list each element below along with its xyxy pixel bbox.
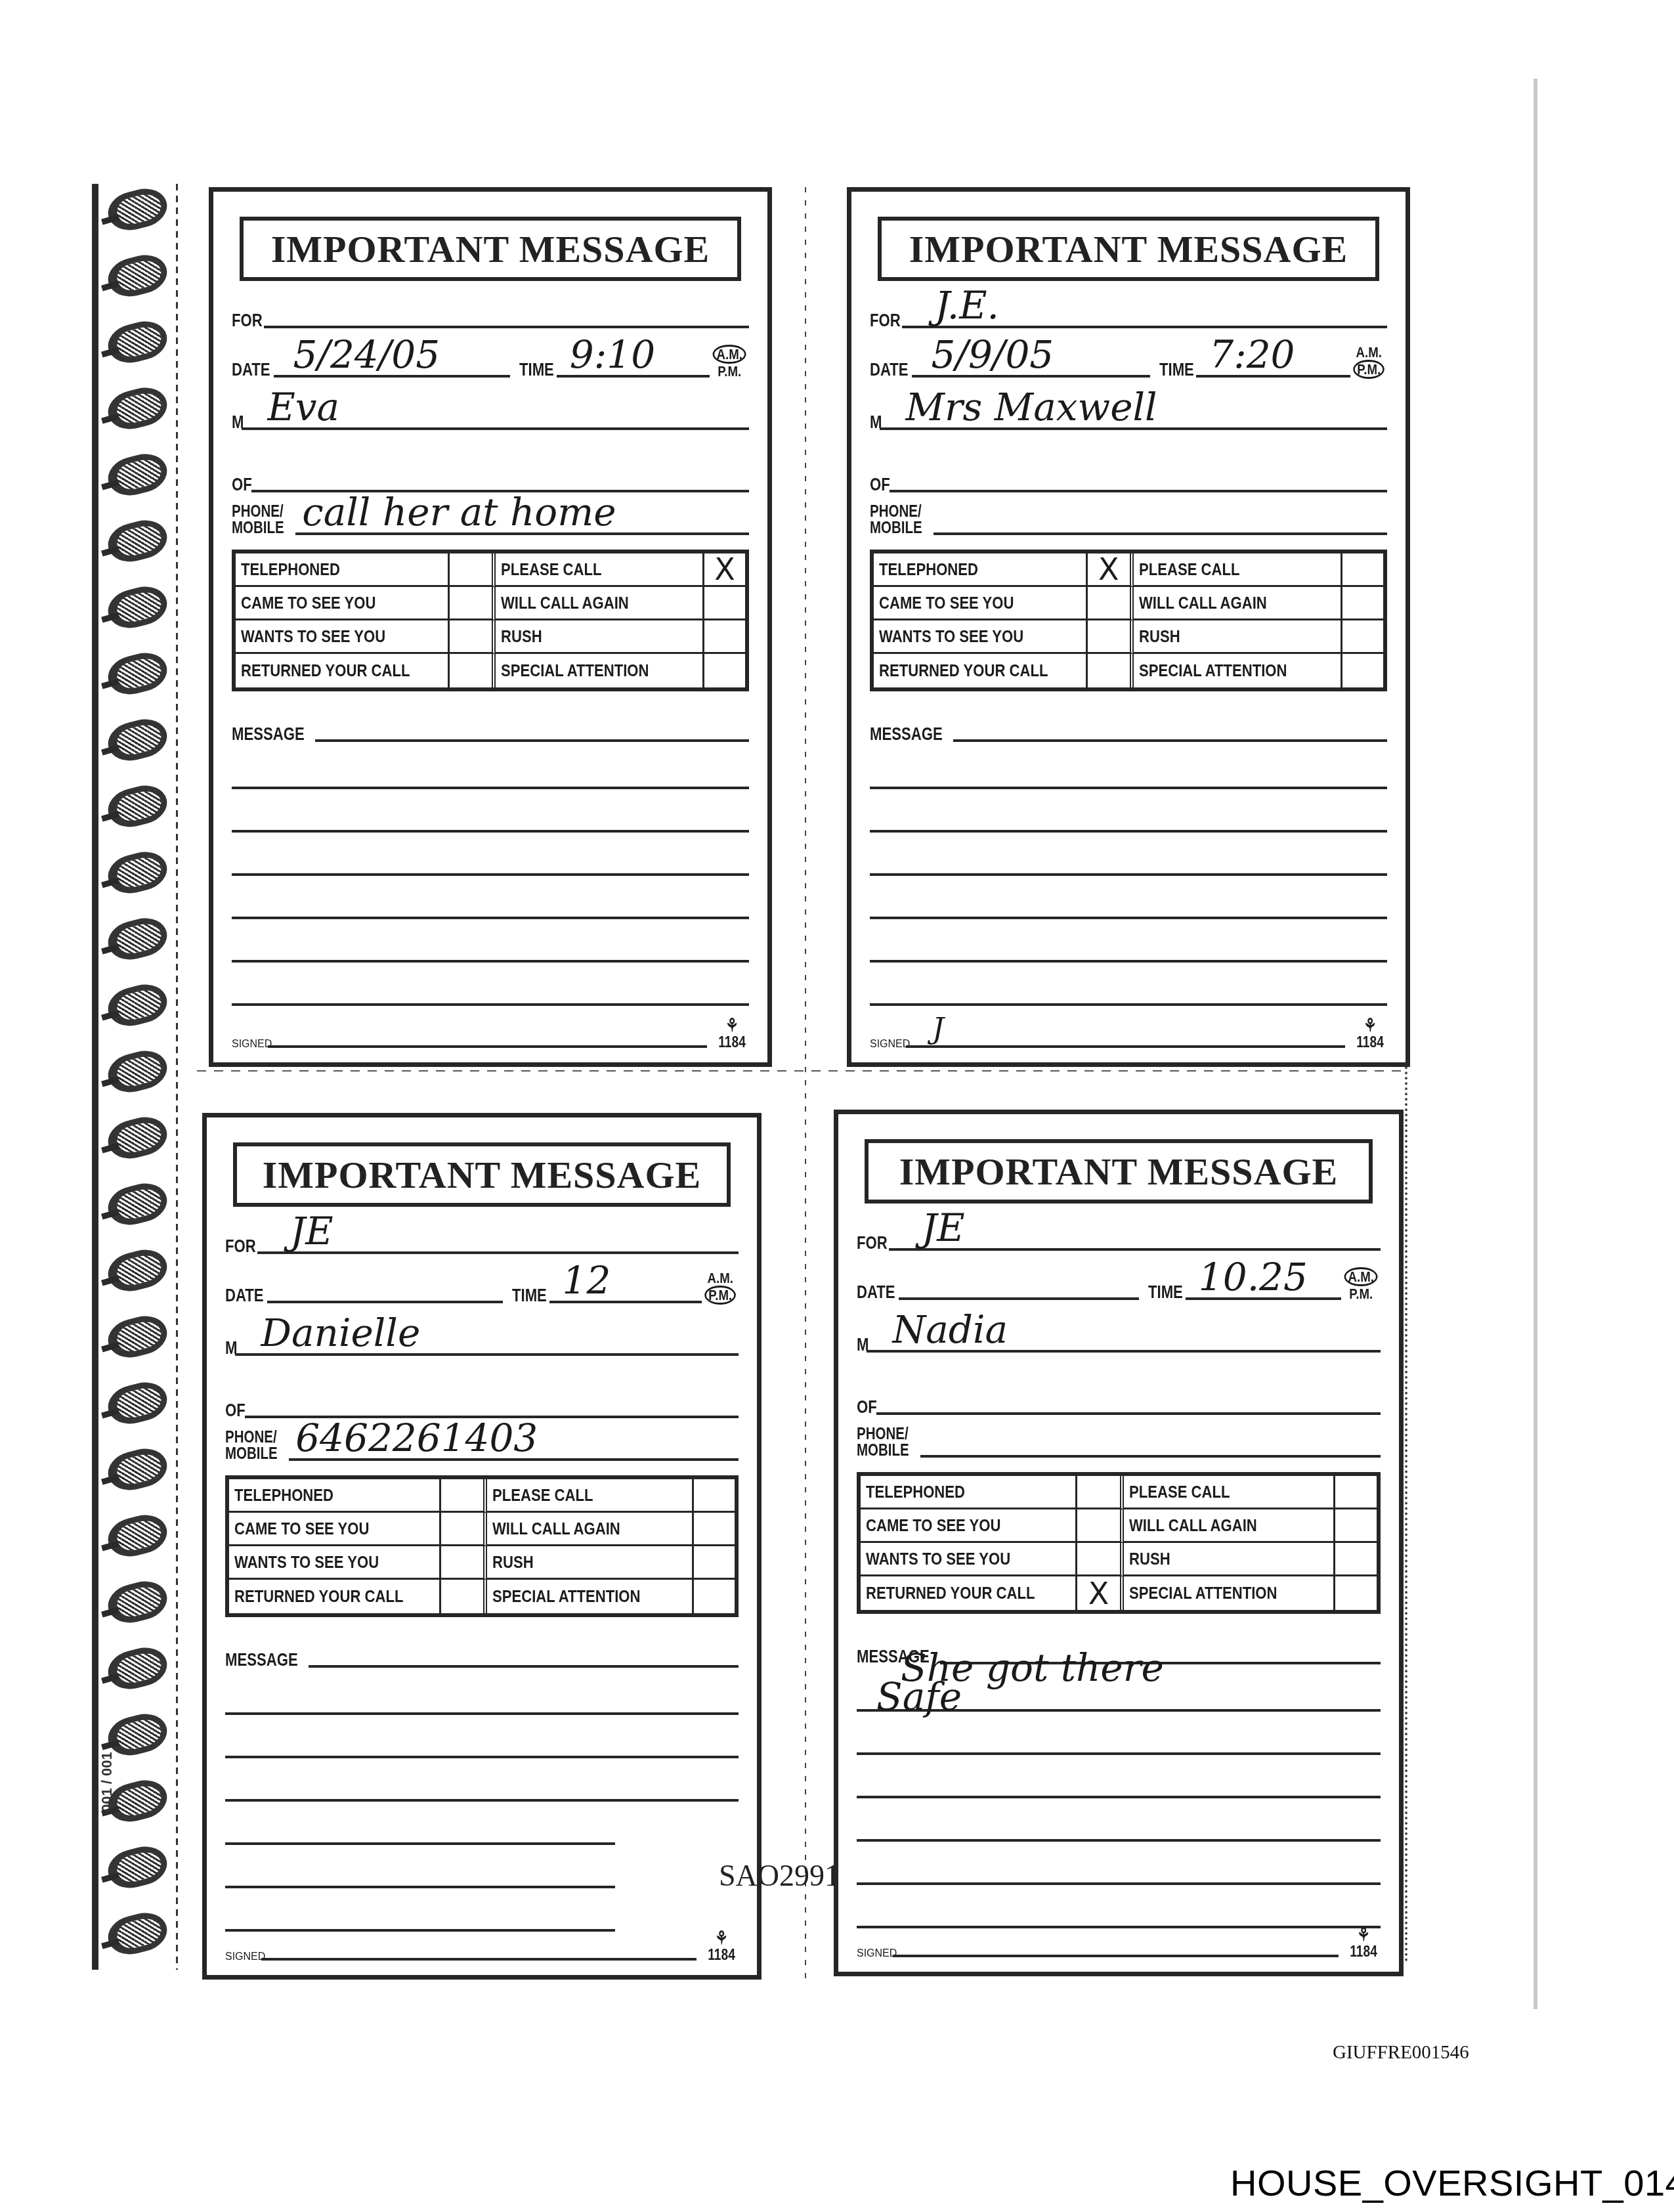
house-oversight-bates-number: HOUSE_OVERSIGHT_014260 [1230, 2161, 1674, 2204]
phone-label-line2: MOBILE [232, 520, 284, 536]
checkbox-returned-your-call[interactable] [1088, 654, 1134, 687]
option-label: TELEPHONED [879, 559, 978, 580]
for-field-label: FOR [232, 312, 263, 330]
checkbox-will-call-again[interactable] [704, 587, 745, 620]
phone-line[interactable] [920, 1455, 1381, 1458]
date-label: DATE [870, 361, 909, 379]
message-line-1[interactable] [232, 787, 749, 789]
date-field[interactable]: 5/9/05 [912, 375, 1150, 378]
option-label: WILL CALL AGAIN [1129, 1515, 1257, 1536]
option-label: RUSH [1129, 1549, 1170, 1569]
option-please-call: PLEASE CALL [1124, 1476, 1335, 1509]
phone-label-line1: PHONE/ [857, 1426, 909, 1442]
option-please-call: PLEASE CALL [496, 553, 704, 587]
option-label: RUSH [492, 1552, 534, 1572]
time-field[interactable]: 12 [549, 1301, 702, 1303]
form-number-text: 1184 [1350, 1943, 1377, 1961]
spiral-coil-icon [104, 1643, 171, 1694]
slip-title: IMPORTANT MESSAGE [263, 1153, 702, 1197]
of-field-label: OF [857, 1399, 877, 1416]
of-field[interactable]: OF [225, 1380, 739, 1420]
date-label: DATE [857, 1284, 895, 1301]
message-line-0[interactable]: She got there [940, 1662, 1381, 1664]
date-time-row: DATETIME12A.M.P.M. [225, 1265, 739, 1305]
date-value: 5/24/05 [293, 336, 440, 374]
message-header: MESSAGE [225, 1630, 739, 1669]
checkbox-special-attention[interactable] [694, 1580, 735, 1613]
of-field[interactable]: OF [870, 454, 1387, 494]
option-label: CAME TO SEE YOU [879, 593, 1014, 613]
date-field[interactable] [899, 1297, 1140, 1300]
option-will-call-again: WILL CALL AGAIN [496, 587, 704, 620]
checkbox-special-attention[interactable] [1342, 654, 1383, 687]
spiral-coil-icon [104, 847, 171, 898]
message-line-2[interactable] [225, 1756, 739, 1758]
form-number: ⚘1184 [718, 1016, 746, 1051]
giuffre-bates-number: GIUFFRE001546 [1333, 2042, 1469, 2064]
signed-field[interactable]: SIGNED⚘1184 [232, 1014, 749, 1051]
spiral-coil-icon [104, 383, 171, 434]
option-returned-your-call: RETURNED YOUR CALL [236, 654, 450, 687]
slip-title-box: IMPORTANT MESSAGE [240, 217, 741, 281]
spiral-coil-icon [104, 316, 171, 368]
spiral-coil-icon [104, 582, 171, 633]
checkbox-please-call[interactable] [1342, 553, 1383, 587]
option-will-call-again: WILL CALL AGAIN [1124, 1509, 1335, 1543]
phone-value: call her at home [302, 493, 616, 531]
status-checkbox-grid: TELEPHONEDPLEASE CALLCAME TO SEE YOUWILL… [225, 1475, 739, 1617]
checkbox-returned-your-call[interactable] [441, 1580, 486, 1613]
caller-name-field-line[interactable]: Eva [242, 427, 750, 430]
message-label: MESSAGE [225, 1651, 298, 1669]
phone-line[interactable]: call her at home [295, 532, 749, 535]
message-line-0[interactable] [315, 739, 749, 742]
form-number-text: 1184 [708, 1946, 735, 1964]
caller-name-field-line[interactable]: Mrs Maxwell [880, 427, 1388, 430]
status-checkbox-grid: TELEPHONEDPLEASE CALLCAME TO SEE YOUWILL… [857, 1472, 1381, 1614]
spiral-coil-icon [104, 714, 171, 766]
message-label: MESSAGE [870, 726, 943, 743]
option-rush: RUSH [1124, 1543, 1335, 1576]
time-label: TIME [512, 1287, 547, 1305]
spiral-coil-icon [104, 1377, 171, 1429]
message-area[interactable]: MESSAGE [225, 1630, 739, 1912]
option-wants-to-see-you: WANTS TO SEE YOU [874, 620, 1088, 654]
option-returned-your-call: RETURNED YOUR CALL [229, 1580, 441, 1613]
phone-label-line2: MOBILE [225, 1446, 278, 1462]
message-header: MESSAGEShe got there [857, 1626, 1381, 1666]
option-rush: RUSH [487, 1546, 695, 1580]
spiral-coil-icon [104, 1245, 171, 1296]
spiral-coil-icon [104, 913, 171, 965]
signed-label: SIGNED [232, 1039, 272, 1051]
caller-name-field[interactable]: MDanielle [225, 1318, 739, 1357]
message-line-0[interactable] [953, 739, 1387, 742]
form-number-text: 1184 [718, 1033, 746, 1051]
checkbox-came-to-see-you[interactable] [1088, 587, 1134, 620]
date-value: 5/9/05 [932, 336, 1054, 374]
checkbox-wants-to-see-you[interactable] [1077, 1543, 1124, 1576]
phone-label: PHONE/MOBILE [857, 1426, 920, 1459]
checkbox-returned-your-call[interactable]: X [1077, 1576, 1124, 1610]
option-telephoned: TELEPHONED [861, 1476, 1077, 1509]
checkbox-telephoned[interactable]: X [1088, 553, 1134, 587]
option-wants-to-see-you: WANTS TO SEE YOU [861, 1543, 1077, 1576]
form-number: ⚘1184 [708, 1929, 735, 1963]
for-field-line[interactable] [264, 326, 749, 328]
checkbox-please-call[interactable] [694, 1479, 735, 1513]
phone-line[interactable]: 6462261403 [289, 1458, 739, 1461]
checkbox-came-to-see-you[interactable] [1077, 1509, 1124, 1543]
option-wants-to-see-you: WANTS TO SEE YOU [236, 620, 450, 654]
option-label: SPECIAL ATTENTION [492, 1586, 641, 1607]
option-telephoned: TELEPHONED [229, 1479, 441, 1513]
for-field-value: J.E. [935, 286, 999, 324]
spiral-coil-icon [104, 1576, 171, 1628]
option-label: PLEASE CALL [501, 559, 601, 580]
option-label: TELEPHONED [241, 559, 340, 580]
option-wants-to-see-you: WANTS TO SEE YOU [229, 1546, 441, 1580]
message-line-4[interactable] [870, 917, 1387, 919]
option-telephoned: TELEPHONED [236, 553, 450, 587]
option-label: WILL CALL AGAIN [501, 593, 629, 613]
message-line-5[interactable] [232, 960, 749, 963]
of-field-label: OF [232, 476, 252, 494]
time-field[interactable]: 7:20 [1196, 375, 1350, 378]
message-line-3[interactable] [870, 873, 1387, 876]
message-header: MESSAGE [232, 704, 749, 743]
option-label: SPECIAL ATTENTION [501, 661, 649, 681]
signed-field[interactable]: SIGNED⚘1184 [857, 1923, 1381, 1960]
am-option[interactable]: A.M. [704, 1270, 736, 1286]
am-pm-indicator[interactable]: A.M.P.M. [704, 1270, 736, 1305]
time-value: 7:20 [1209, 336, 1295, 374]
checkbox-will-call-again[interactable] [1342, 587, 1383, 620]
checkbox-came-to-see-you[interactable] [450, 587, 496, 620]
spiral-coil-icon [104, 1842, 171, 1893]
slip-title-box: IMPORTANT MESSAGE [233, 1142, 731, 1207]
message-slip-top-left: IMPORTANT MESSAGEFORDATE5/24/05TIME9:10A… [209, 187, 772, 1067]
option-label: WANTS TO SEE YOU [241, 626, 385, 647]
option-label: RETURNED YOUR CALL [866, 1583, 1035, 1603]
caller-name-field[interactable]: MNadia [857, 1314, 1381, 1354]
signed-line[interactable]: J [906, 1045, 1345, 1048]
option-came-to-see-you: CAME TO SEE YOU [861, 1509, 1077, 1543]
for-field[interactable]: FORJ.E. [870, 290, 1387, 330]
message-slip-top-right: IMPORTANT MESSAGEFORJ.E.DATE5/9/05TIME7:… [847, 187, 1410, 1067]
phone-label: PHONE/MOBILE [870, 504, 934, 536]
am-pm-indicator[interactable]: A.M.P.M. [1344, 1267, 1377, 1301]
time-value: 9:10 [570, 336, 655, 374]
spiral-coil-icon [104, 1179, 171, 1230]
message-line-4[interactable] [857, 1839, 1381, 1842]
message-slip-bottom-right: IMPORTANT MESSAGEFORJEDATETIME10.25A.M.P… [834, 1110, 1404, 1976]
checkbox-special-attention[interactable] [704, 654, 745, 687]
checkbox-rush[interactable] [1342, 620, 1383, 654]
spiral-coil-icon [104, 781, 171, 832]
phone-field[interactable]: PHONE/MOBILE [857, 1420, 1381, 1459]
phone-label-line1: PHONE/ [870, 504, 922, 520]
for-field-line[interactable]: JE [257, 1251, 739, 1254]
option-label: SPECIAL ATTENTION [1139, 661, 1287, 681]
option-came-to-see-you: CAME TO SEE YOU [229, 1513, 441, 1546]
option-telephoned: TELEPHONED [874, 553, 1088, 587]
message-line-2[interactable] [857, 1752, 1381, 1755]
option-label: RUSH [501, 626, 542, 647]
spiral-coil-icon [104, 515, 171, 567]
option-label: WANTS TO SEE YOU [234, 1552, 379, 1572]
checkbox-wants-to-see-you[interactable] [441, 1546, 486, 1580]
slip-title: IMPORTANT MESSAGE [271, 227, 710, 271]
signed-field[interactable]: SIGNEDJ⚘1184 [870, 1014, 1387, 1051]
checkbox-rush[interactable] [1335, 1543, 1377, 1576]
message-area[interactable]: MESSAGE [232, 704, 749, 986]
checkbox-please-call[interactable]: X [704, 553, 745, 587]
message-line-4[interactable] [232, 917, 749, 919]
spiral-coil-icon [104, 648, 171, 699]
date-time-row: DATETIME10.25A.M.P.M. [857, 1262, 1381, 1301]
caller-name-field[interactable]: MEva [232, 392, 749, 431]
publisher-logo-icon: ⚘ [718, 1016, 746, 1035]
for-field[interactable]: FORJE [857, 1213, 1381, 1252]
for-field[interactable]: FOR [232, 290, 749, 330]
spiral-coil-icon [104, 1444, 171, 1495]
signed-value: J [932, 1015, 944, 1044]
spiral-coil-icon [104, 184, 171, 235]
spiral-coil-icon [104, 1311, 171, 1362]
signed-label: SIGNED [857, 1948, 897, 1960]
option-rush: RUSH [496, 620, 704, 654]
signed-line[interactable] [893, 1955, 1339, 1957]
caller-name-field-value: Danielle [261, 1314, 421, 1352]
slip-title-box: IMPORTANT MESSAGE [878, 217, 1379, 281]
option-label: TELEPHONED [866, 1482, 965, 1502]
date-label: DATE [225, 1287, 264, 1305]
option-special-attention: SPECIAL ATTENTION [487, 1580, 695, 1613]
checkbox-telephoned[interactable] [450, 553, 496, 587]
of-field-label: OF [225, 1402, 246, 1420]
option-label: CAME TO SEE YOU [866, 1515, 1001, 1536]
option-will-call-again: WILL CALL AGAIN [487, 1513, 695, 1546]
message-line-3[interactable] [225, 1799, 739, 1802]
for-field-line[interactable]: J.E. [902, 326, 1387, 328]
time-label: TIME [519, 361, 554, 379]
option-will-call-again: WILL CALL AGAIN [1134, 587, 1342, 620]
vertical-perforation [805, 187, 806, 1986]
checkbox-rush[interactable] [694, 1546, 735, 1580]
option-label: RETURNED YOUR CALL [234, 1586, 403, 1607]
caller-name-field-value: Eva [268, 388, 340, 426]
sa-bates-number: SAO2991 [719, 1858, 840, 1893]
checkbox-will-call-again[interactable] [694, 1513, 735, 1546]
option-rush: RUSH [1134, 620, 1342, 654]
option-special-attention: SPECIAL ATTENTION [496, 654, 704, 687]
scan-page-edge [1534, 79, 1537, 2009]
time-field[interactable]: 10.25 [1186, 1297, 1341, 1300]
phone-label-line1: PHONE/ [225, 1429, 278, 1446]
checkbox-will-call-again[interactable] [1335, 1509, 1377, 1543]
message-line-2[interactable] [870, 830, 1387, 833]
message-line-4[interactable] [225, 1842, 615, 1845]
caller-name-field-line[interactable]: Nadia [867, 1350, 1381, 1353]
for-field-line[interactable]: JE [889, 1248, 1381, 1251]
option-label: PLEASE CALL [492, 1485, 593, 1506]
phone-field[interactable]: PHONE/MOBILE6462261403 [225, 1423, 739, 1462]
option-came-to-see-you: CAME TO SEE YOU [236, 587, 450, 620]
date-label: DATE [232, 361, 270, 379]
date-field[interactable] [267, 1301, 504, 1303]
message-line-3[interactable] [232, 873, 749, 876]
message-header: MESSAGE [870, 704, 1387, 743]
message-line-1[interactable] [225, 1712, 739, 1715]
date-time-row: DATE5/24/05TIME9:10A.M.P.M. [232, 339, 749, 379]
status-checkbox-grid: TELEPHONEDPLEASE CALLXCAME TO SEE YOUWIL… [232, 550, 749, 691]
phone-label-line2: MOBILE [870, 520, 922, 536]
option-label: PLEASE CALL [1139, 559, 1239, 580]
message-line-5[interactable] [857, 1882, 1381, 1885]
am-option[interactable]: A.M. [712, 345, 746, 364]
caller-name-field[interactable]: MMrs Maxwell [870, 392, 1387, 431]
option-label: TELEPHONED [234, 1485, 333, 1506]
pm-option[interactable]: P.M. [712, 364, 746, 379]
checkbox-came-to-see-you[interactable] [441, 1513, 486, 1546]
slip-title: IMPORTANT MESSAGE [899, 1150, 1339, 1194]
of-field-line[interactable] [876, 1412, 1381, 1415]
signed-field[interactable]: SIGNED⚘1184 [225, 1926, 739, 1963]
of-field[interactable]: OF [857, 1377, 1381, 1416]
option-please-call: PLEASE CALL [1134, 553, 1342, 587]
option-label: CAME TO SEE YOU [241, 593, 376, 613]
signed-label: SIGNED [870, 1039, 910, 1051]
message-line-5[interactable] [870, 960, 1387, 963]
option-label: WILL CALL AGAIN [492, 1519, 620, 1539]
option-returned-your-call: RETURNED YOUR CALL [861, 1576, 1077, 1610]
am-option[interactable]: A.M. [1344, 1267, 1377, 1286]
am-pm-indicator[interactable]: A.M.P.M. [1353, 345, 1384, 379]
checkbox-wants-to-see-you[interactable] [1088, 620, 1134, 654]
checkbox-telephoned[interactable] [441, 1479, 486, 1513]
option-label: RETURNED YOUR CALL [879, 661, 1048, 681]
horizontal-perforation [197, 1070, 1405, 1072]
option-label: RETURNED YOUR CALL [241, 661, 410, 681]
pm-option[interactable]: P.M. [704, 1286, 736, 1305]
option-special-attention: SPECIAL ATTENTION [1134, 654, 1342, 687]
checkbox-special-attention[interactable] [1335, 1576, 1377, 1610]
time-value: 12 [563, 1261, 611, 1299]
slip-title-box: IMPORTANT MESSAGE [865, 1139, 1373, 1204]
message-line-0[interactable] [309, 1665, 739, 1668]
checkbox-returned-your-call[interactable] [450, 654, 496, 687]
checkbox-please-call[interactable] [1335, 1476, 1377, 1509]
option-label: RUSH [1139, 626, 1180, 647]
option-label: CAME TO SEE YOU [234, 1519, 370, 1539]
of-field-label: OF [870, 476, 890, 494]
checkbox-wants-to-see-you[interactable] [450, 620, 496, 654]
option-label: PLEASE CALL [1129, 1482, 1230, 1502]
spiral-coil-icon [104, 449, 171, 500]
publisher-logo-icon: ⚘ [1350, 1926, 1377, 1944]
option-returned-your-call: RETURNED YOUR CALL [874, 654, 1088, 687]
spiral-coil-icon [104, 1046, 171, 1097]
pm-option[interactable]: P.M. [1344, 1286, 1377, 1301]
option-please-call: PLEASE CALL [487, 1479, 695, 1513]
spiral-binding [92, 184, 177, 1970]
for-field-value: JE [290, 1212, 333, 1250]
message-line-6[interactable] [870, 1003, 1387, 1006]
message-line-1[interactable] [870, 787, 1387, 789]
message-label: MESSAGE [232, 726, 305, 743]
time-field[interactable]: 9:10 [557, 375, 710, 378]
phone-label-line1: PHONE/ [232, 504, 284, 520]
message-slip-bottom-left: IMPORTANT MESSAGEFORJEDATETIME12A.M.P.M.… [202, 1113, 762, 1980]
binding-perforation [176, 184, 178, 1970]
option-label: WILL CALL AGAIN [1139, 593, 1267, 613]
for-field-label: FOR [857, 1234, 888, 1252]
checkbox-telephoned[interactable] [1077, 1476, 1124, 1509]
date-field[interactable]: 5/24/05 [274, 375, 511, 378]
message-line-5[interactable] [225, 1886, 615, 1888]
spiral-coil-icon [104, 1908, 171, 1959]
message-line-2[interactable] [232, 830, 749, 833]
for-field-label: FOR [870, 312, 901, 330]
phone-label-line2: MOBILE [857, 1442, 909, 1459]
option-label: WANTS TO SEE YOU [879, 626, 1023, 647]
message-area[interactable]: MESSAGEShe got thereSafe [857, 1626, 1381, 1909]
of-field[interactable]: OF [232, 454, 749, 494]
spiral-coil-icon [104, 1112, 171, 1163]
spiral-coil-icon [104, 1510, 171, 1561]
phone-label: PHONE/MOBILE [232, 504, 295, 536]
message-line-3[interactable] [857, 1796, 1381, 1798]
caller-name-field-value: Nadia [893, 1311, 1008, 1349]
message-line-6[interactable] [232, 1003, 749, 1006]
option-label: WANTS TO SEE YOU [866, 1549, 1010, 1569]
slip-title: IMPORTANT MESSAGE [909, 227, 1348, 271]
option-special-attention: SPECIAL ATTENTION [1124, 1576, 1335, 1610]
margin-stamp: 001 / 001 [98, 1752, 116, 1812]
option-label: SPECIAL ATTENTION [1129, 1583, 1277, 1603]
phone-field[interactable]: PHONE/MOBILEcall her at home [232, 497, 749, 536]
for-field-label: FOR [225, 1238, 256, 1255]
time-label: TIME [1148, 1284, 1183, 1301]
signed-label: SIGNED [225, 1951, 265, 1963]
am-pm-indicator[interactable]: A.M.P.M. [712, 345, 746, 379]
for-field[interactable]: FORJE [225, 1216, 739, 1255]
caller-name-field-line[interactable]: Danielle [235, 1353, 739, 1356]
for-field-value: JE [922, 1209, 965, 1247]
message-line-1[interactable]: Safe [857, 1709, 1381, 1712]
time-value: 10.25 [1199, 1258, 1308, 1296]
date-time-row: DATE5/9/05TIME7:20A.M.P.M. [870, 339, 1387, 379]
spiral-coil-icon [104, 980, 171, 1031]
publisher-logo-icon: ⚘ [708, 1929, 735, 1947]
option-came-to-see-you: CAME TO SEE YOU [874, 587, 1088, 620]
of-field-line[interactable] [890, 490, 1388, 492]
am-option[interactable]: A.M. [1353, 345, 1384, 360]
phone-field[interactable]: PHONE/MOBILE [870, 497, 1387, 536]
spiral-coil-icon [104, 250, 171, 301]
pm-option[interactable]: P.M. [1353, 360, 1384, 379]
phone-line[interactable] [934, 532, 1387, 535]
form-number: ⚘1184 [1350, 1926, 1377, 1960]
signed-line[interactable] [261, 1958, 697, 1961]
caller-name-field-value: Mrs Maxwell [906, 388, 1157, 426]
form-number: ⚘1184 [1356, 1016, 1384, 1051]
checkbox-rush[interactable] [704, 620, 745, 654]
status-checkbox-grid: TELEPHONEDXPLEASE CALLCAME TO SEE YOUWIL… [870, 550, 1387, 691]
signed-line[interactable] [268, 1045, 707, 1048]
message-area[interactable]: MESSAGE [870, 704, 1387, 986]
